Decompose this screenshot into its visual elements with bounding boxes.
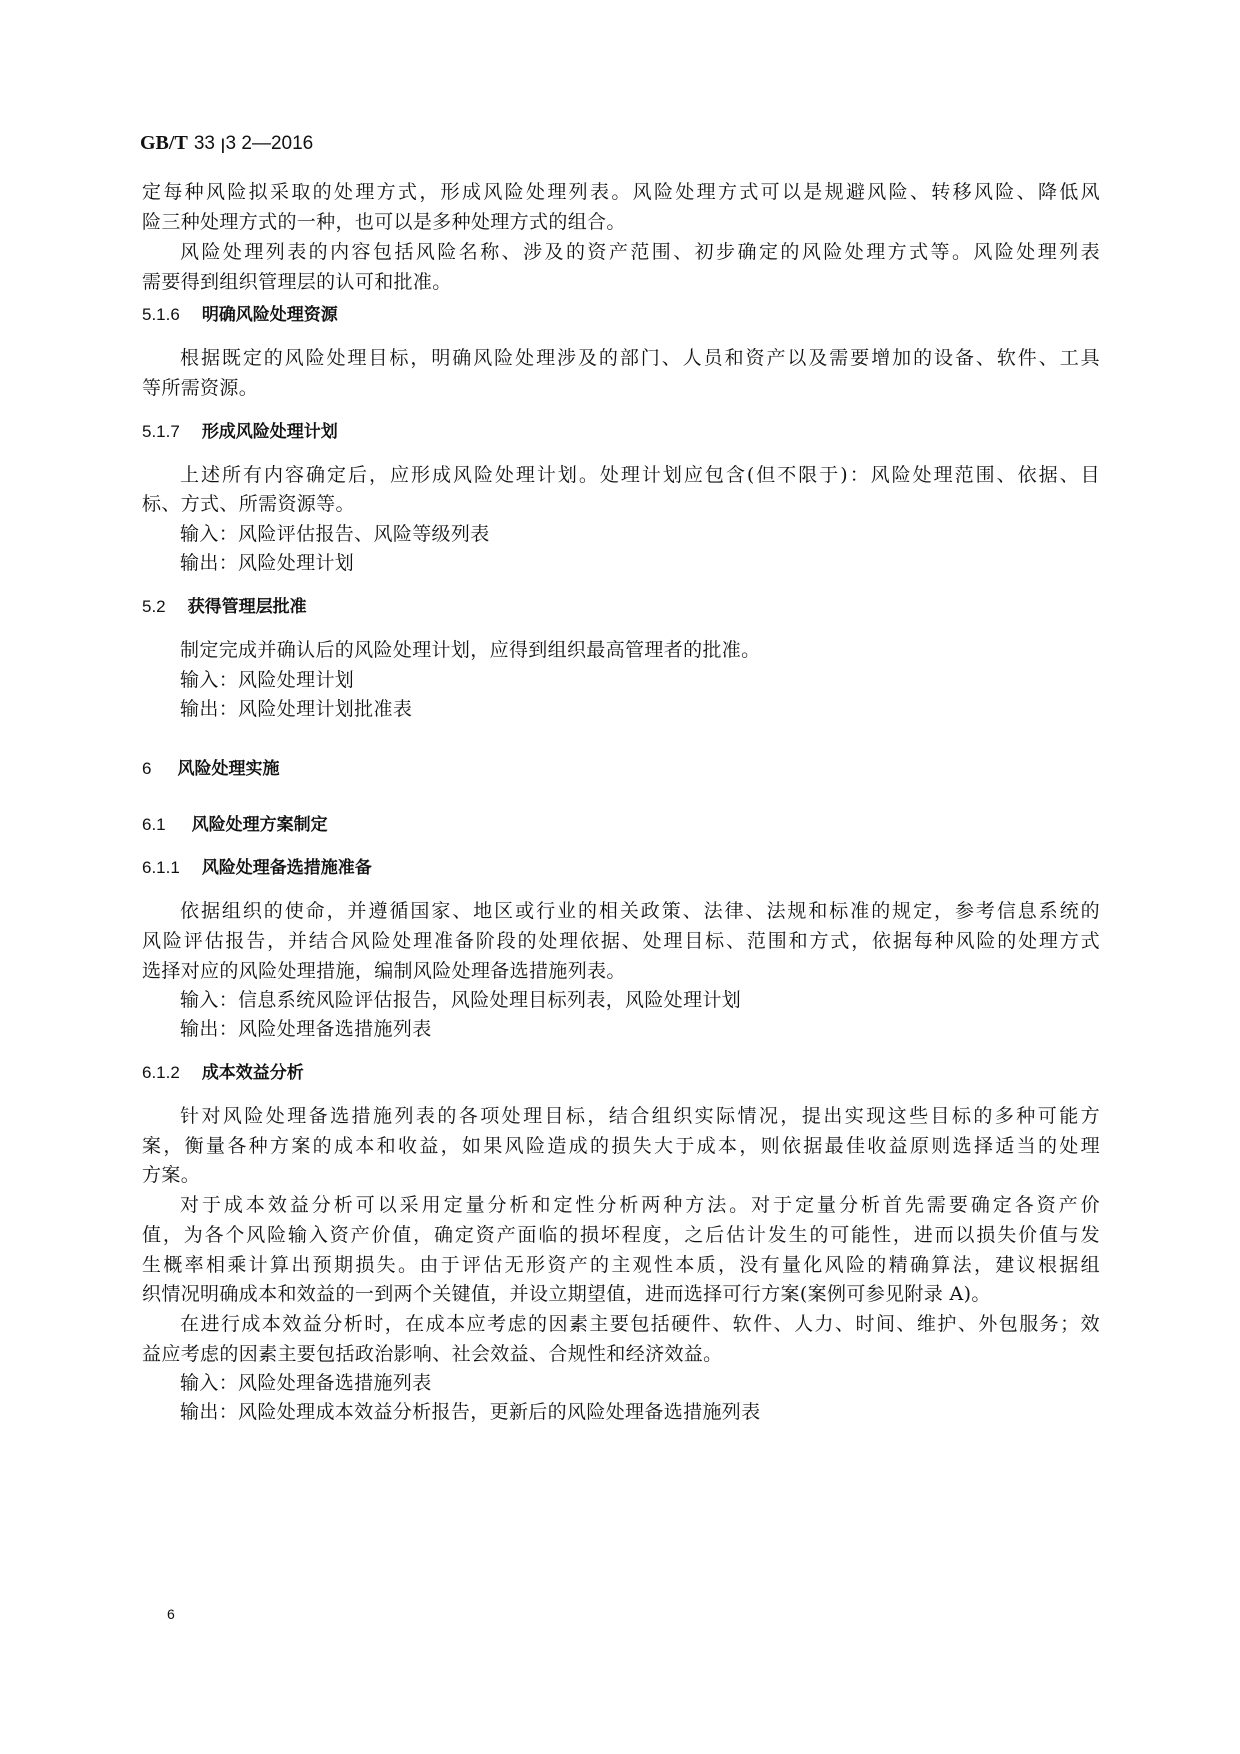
output-line: 输出：风险处理备选措施列表 [180, 1017, 432, 1041]
section-number: 6 [142, 758, 151, 780]
input-line: 输入：风险处理备选措施列表 [180, 1371, 432, 1395]
paragraph-line: 险三种处理方式的一种，也可以是多种处理方式的组合。 [142, 210, 1100, 234]
paragraph-line: 对于成本效益分析可以采用定量分析和定性分析两种方法。对于定量分析首先需要确定各资… [180, 1193, 1100, 1217]
section-number: 6.1 [142, 814, 166, 836]
document-page: GB/T 33 ꞁ3 2—2016 定每种风险拟采取的处理方式，形成风险处理列表… [0, 0, 1240, 1754]
section-title: 风险处理备选措施准备 [202, 858, 372, 878]
paragraph-line: 在进行成本效益分析时，在成本应考虑的因素主要包括硬件、软件、人力、时间、维护、外… [180, 1312, 1100, 1336]
paragraph-line: 生概率相乘计算出预期损失。由于评估无形资产的主观性本质，没有量化风险的精确算法，… [142, 1253, 1100, 1277]
paragraph-line: 风险处理列表的内容包括风险名称、涉及的资产范围、初步确定的风险处理方式等。风险处… [180, 240, 1100, 264]
input-line: 输入：风险处理计划 [180, 668, 354, 692]
section-number: 5.1.7 [142, 421, 180, 443]
paragraph-line: 织情况明确成本和效益的一到两个关键值，并设立期望值，进而选择可行方案(案例可参见… [142, 1282, 1100, 1306]
section-title: 成本效益分析 [202, 1063, 304, 1083]
paragraph-line: 案，衡量各种方案的成本和收益，如果风险造成的损失大于成本，则依据最佳收益原则选择… [142, 1134, 1100, 1158]
paragraph-line: 依据组织的使命，并遵循国家、地区或行业的相关政策、法律、法规和标准的规定，参考信… [180, 899, 1100, 923]
output-line: 输出：风险处理成本效益分析报告，更新后的风险处理备选措施列表 [180, 1400, 761, 1424]
paragraph-line: 定每种风险拟采取的处理方式，形成风险处理列表。风险处理方式可以是规避风险、转移风… [142, 180, 1100, 204]
paragraph-line: 益应考虑的因素主要包括政治影响、社会效益、合规性和经济效益。 [142, 1342, 1100, 1366]
section-heading-5-1-7: 5.1.7形成风险处理计划 [142, 421, 338, 443]
section-title: 风险处理方案制定 [192, 815, 328, 835]
paragraph-line: 方案。 [142, 1163, 1100, 1187]
section-heading-5-1-6: 5.1.6明确风险处理资源 [142, 304, 338, 326]
section-heading-6: 6风险处理实施 [142, 758, 279, 780]
output-line: 输出：风险处理计划批准表 [180, 697, 412, 721]
standard-prefix: GB/T [140, 132, 188, 154]
section-heading-6-1-1: 6.1.1风险处理备选措施准备 [142, 857, 372, 879]
paragraph-line: 制定完成并确认后的风险处理计划，应得到组织最高管理者的批准。 [180, 638, 761, 662]
section-title: 获得管理层批准 [188, 597, 307, 617]
paragraph-line: 需要得到组织管理层的认可和批准。 [142, 270, 1100, 294]
standard-header: GB/T 33 ꞁ3 2—2016 [140, 132, 313, 155]
input-line: 输入：风险评估报告、风险等级列表 [180, 522, 490, 546]
section-title: 形成风险处理计划 [202, 422, 338, 442]
section-heading-5-2: 5.2获得管理层批准 [142, 596, 307, 618]
section-number: 5.1.6 [142, 304, 180, 326]
section-number: 5.2 [142, 596, 166, 618]
output-line: 输出：风险处理计划 [180, 551, 354, 575]
paragraph-line: 针对风险处理备选措施列表的各项处理目标，结合组织实际情况，提出实现这些目标的多种… [180, 1104, 1100, 1128]
section-title: 风险处理实施 [177, 759, 279, 779]
paragraph-line: 标、方式、所需资源等。 [142, 492, 1100, 516]
paragraph-line: 值，为各个风险输入资产价值，确定资产面临的损坏程度，之后估计发生的可能性，进而以… [142, 1223, 1100, 1247]
section-number: 6.1.1 [142, 857, 180, 879]
paragraph-line: 等所需资源。 [142, 376, 1100, 400]
input-line: 输入：信息系统风险评估报告，风险处理目标列表，风险处理计划 [180, 988, 741, 1012]
section-number: 6.1.2 [142, 1062, 180, 1084]
standard-number: 33 ꞁ3 2—2016 [194, 133, 313, 154]
paragraph-line: 上述所有内容确定后，应形成风险处理计划。处理计划应包含(但不限于)：风险处理范围… [180, 463, 1100, 487]
paragraph-line: 根据既定的风险处理目标，明确风险处理涉及的部门、人员和资产以及需要增加的设备、软… [180, 346, 1100, 370]
section-title: 明确风险处理资源 [202, 305, 338, 325]
paragraph-line: 选择对应的风险处理措施，编制风险处理备选措施列表。 [142, 959, 1100, 983]
page-number: 6 [167, 1606, 175, 1622]
paragraph-line: 风险评估报告，并结合风险处理准备阶段的处理依据、处理目标、范围和方式，依据每种风… [142, 929, 1100, 953]
section-heading-6-1-2: 6.1.2成本效益分析 [142, 1062, 304, 1084]
section-heading-6-1: 6.1风险处理方案制定 [142, 814, 328, 836]
